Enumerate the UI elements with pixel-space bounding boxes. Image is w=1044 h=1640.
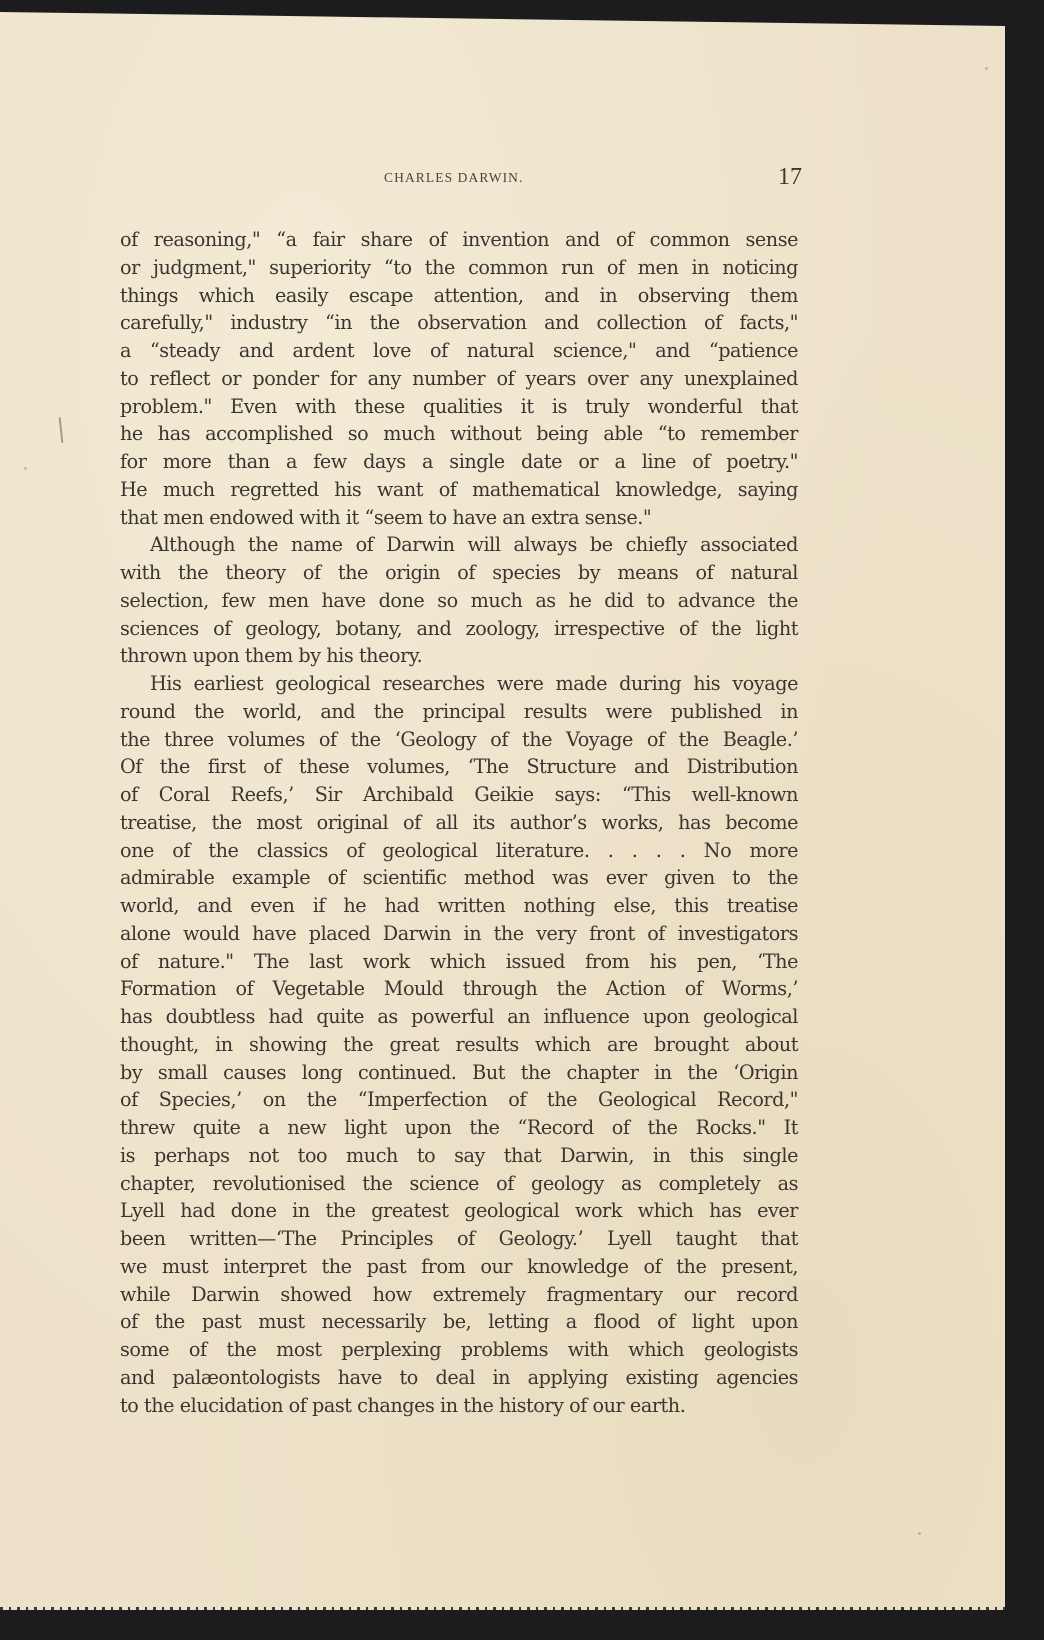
text-line: the three volumes of the ‘Geology of the… <box>120 726 798 754</box>
text-line: carefully," industry “in the observation… <box>120 309 798 337</box>
text-line: that men endowed with it “seem to have a… <box>120 504 798 532</box>
text-line: he has accomplished so much without bein… <box>120 420 798 448</box>
text-line: and palæontologists have to deal in appl… <box>120 1364 798 1392</box>
text-line: thrown upon them by his theory. <box>120 642 798 670</box>
text-line: Formation of Vegetable Mould through the… <box>120 975 798 1003</box>
text-line: or judgment," superiority “to the common… <box>120 254 798 282</box>
text-line: of reasoning," “a fair share of inventio… <box>120 226 798 254</box>
text-line: we must interpret the past from our know… <box>120 1253 798 1281</box>
text-line: Of the first of these volumes, ‘The Stru… <box>120 753 798 781</box>
page-number: 17 <box>778 164 802 191</box>
text-line: been written—‘The Principles of Geology.… <box>120 1225 798 1253</box>
text-line: for more than a few days a single date o… <box>120 448 798 476</box>
text-line: admirable example of scientific method w… <box>120 864 798 892</box>
text-line: a “steady and ardent love of natural sci… <box>120 337 798 365</box>
text-line: with the theory of the origin of species… <box>120 559 798 587</box>
running-head: CHARLES DARWIN. 17 <box>0 170 1005 194</box>
paper-speck <box>985 67 988 70</box>
paper-speck <box>24 467 27 470</box>
text-line: of Species,’ on the “Imperfection of the… <box>120 1086 798 1114</box>
paper-speck <box>918 1532 921 1535</box>
text-line: while Darwin showed how extremely fragme… <box>120 1281 798 1309</box>
text-line: sciences of geology, botany, and zoology… <box>120 615 798 643</box>
text-line: is perhaps not too much to say that Darw… <box>120 1142 798 1170</box>
text-line: to reflect or ponder for any number of y… <box>120 365 798 393</box>
text-line: things which easily escape attention, an… <box>120 282 798 310</box>
text-line: Lyell had done in the greatest geologica… <box>120 1197 798 1225</box>
text-line: treatise, the most original of all its a… <box>120 809 798 837</box>
text-line: He much regretted his want of mathematic… <box>120 476 798 504</box>
paragraph-first-line: Although the name of Darwin will always … <box>120 531 798 559</box>
body-text: of reasoning," “a fair share of inventio… <box>120 226 798 1419</box>
text-line: threw quite a new light upon the “Record… <box>120 1114 798 1142</box>
text-line: world, and even if he had written nothin… <box>120 892 798 920</box>
text-line: chapter, revolutionised the science of g… <box>120 1170 798 1198</box>
running-title: CHARLES DARWIN. <box>384 170 524 186</box>
text-line: of Coral Reefs,’ Sir Archibald Geikie sa… <box>120 781 798 809</box>
text-line: thought, in showing the great results wh… <box>120 1031 798 1059</box>
text-line: of nature." The last work which issued f… <box>120 948 798 976</box>
text-line: by small causes long continued. But the … <box>120 1059 798 1087</box>
text-line: problem." Even with these qualities it i… <box>120 393 798 421</box>
text-line: of the past must necessarily be, letting… <box>120 1308 798 1336</box>
text-line: selection, few men have done so much as … <box>120 587 798 615</box>
text-line: has doubtless had quite as powerful an i… <box>120 1003 798 1031</box>
text-line: round the world, and the principal resul… <box>120 698 798 726</box>
paper-blemish-mark <box>59 417 64 443</box>
text-line: to the elucidation of past changes in th… <box>120 1392 798 1420</box>
paragraph-first-line: His earliest geological researches were … <box>120 670 798 698</box>
book-page: CHARLES DARWIN. 17 of reasoning," “a fai… <box>0 12 1005 1610</box>
text-line: one of the classics of geological litera… <box>120 837 798 865</box>
scanned-book-page-viewer: CHARLES DARWIN. 17 of reasoning," “a fai… <box>0 0 1044 1640</box>
text-line: alone would have placed Darwin in the ve… <box>120 920 798 948</box>
text-line: some of the most perplexing problems wit… <box>120 1336 798 1364</box>
